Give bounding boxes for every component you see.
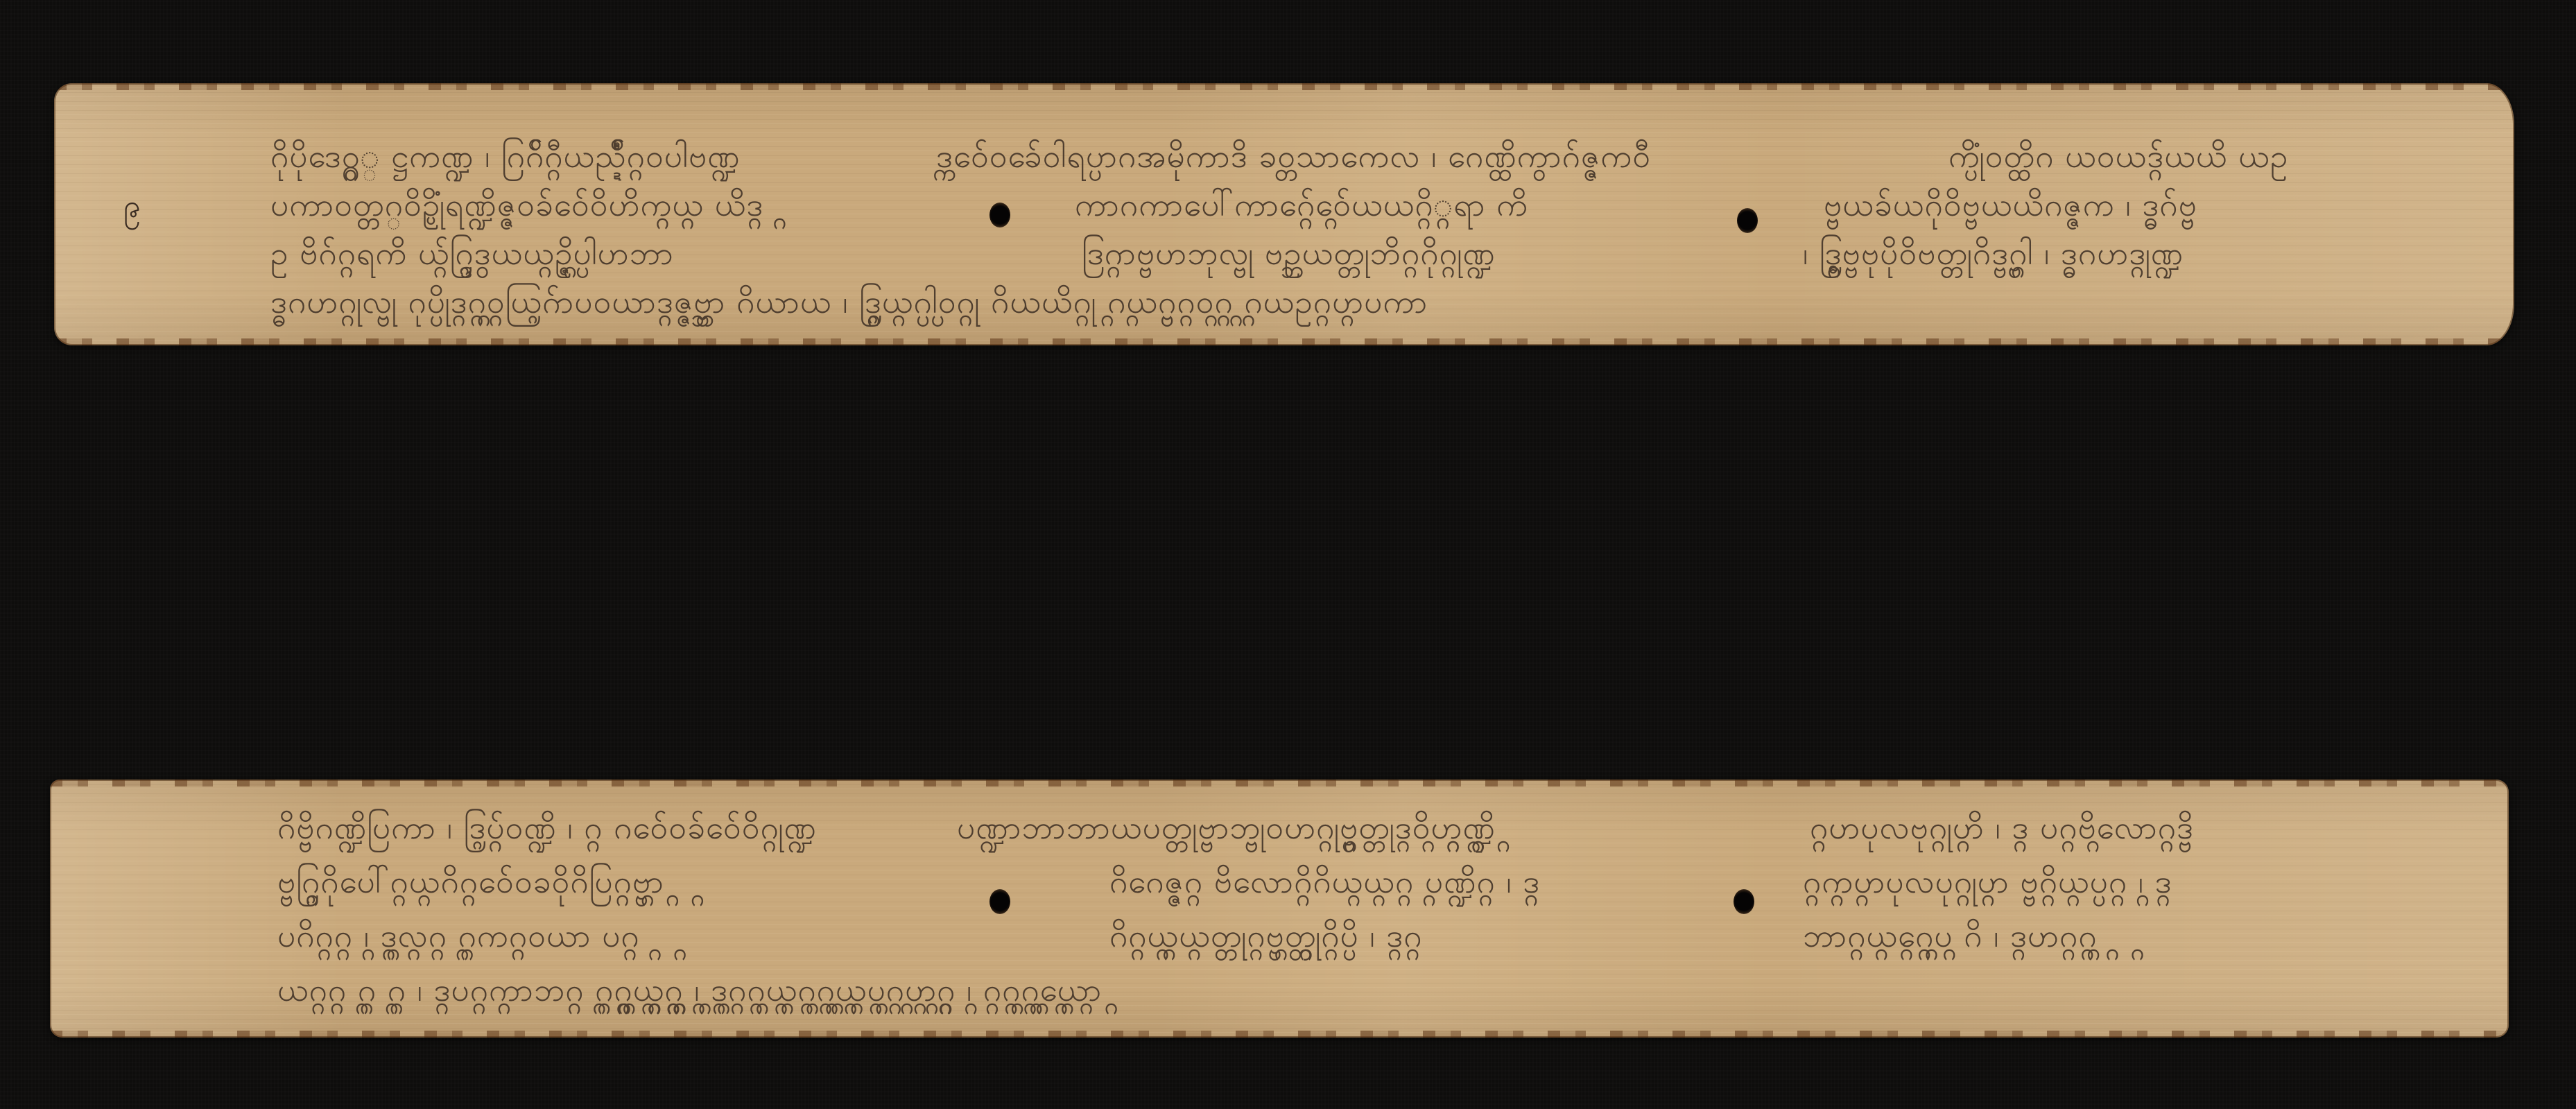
text-line-2-seg-2: ကာဂကာပေါ်ကာဂ္ဂ္ဂ်ေဝ်ေယယဂ္ဂိ္ဂရာ ကိ bbox=[1075, 189, 1528, 221]
text-line-4: ဒ္ဓဂဟဂ္ဂုလ္ဗု ဂုပ္ပိုဒ္ဂ္ဂဂ္ဂဝ္ဂယ္ဂြဂ်ာပ… bbox=[270, 286, 1428, 318]
text-line-1-seg-3: ဂ္ဂဟပုလဗုဂ္ဂ္ဂုဟိ ၊ ဒ္ဂ ပဂ္ဂ္ဂဗိလောဂ္ဂဒ္… bbox=[1810, 811, 2194, 843]
leaf-edge-top bbox=[50, 780, 2509, 786]
text-line-1-seg-2: ပဏ္ဍာဘာဘာယပတ္တုဗ္ဗာဘ္ဗုဝဟဂ္ဂ္ဂုဗ္ဗတ္တုဒ္… bbox=[957, 811, 1496, 843]
leaf-edge-bottom bbox=[54, 338, 2514, 345]
text-line-2-seg-3: ဗ္ဗယခ်ယဂိုဝိဗ္ဗယယိဂဇ္ဇက ၊ ဒ္ဓဂ်ဗ္ဗ bbox=[1824, 189, 2197, 221]
text-line-1-seg-3: က္ပိုံဝတ္ထိဂ ယဝယဒ္ဂ်ယယိ ယဥ bbox=[1948, 140, 2288, 172]
text-line-1-seg-1: ဂိဗ္ဗိဂဏ္ဍိပြကာ ၊ ဒ္ဂြပ္ဂ်ဝဏ္ဍိ ၊ ဂ္ဂ ဂဝ… bbox=[277, 811, 817, 843]
string-hole-left bbox=[989, 889, 1010, 914]
text-line-3-seg-1: ပဂိဂ္ဂဂ္ဂ္ဂ္ဂ ၊ ဒ္ဂ္ဂလဂ္ဂ္ဂ ဂ္ဂကဂ္ဂဝယာ ပ… bbox=[277, 920, 640, 952]
text-line-2-seg-1: ဗ္ဗဂ္ဂ္ဂြဂိုပေါ်ဂ္ဂ္ဂယဂိဂ္ဂဝ်ေဝခဝိုဂိပြဂ… bbox=[277, 866, 664, 897]
text-line-3-seg-1: ဥ ဗိဂ်ဂ္ဂရကိ ယ္ဂ်ဂ္ဂ္ဒြဒွယယ္ဂ္ဂဉ္ဇိပ္ပါဟ… bbox=[270, 237, 674, 269]
palm-leaf-folio-top: ၉ ဂိုပိုဒေ႙ွ္ ဋ္ဌကဏ္ဍ ၊ ဂြဂ်ိဂ္ဂီယည္ဍ်ဳံ… bbox=[54, 83, 2514, 345]
string-hole-left bbox=[989, 203, 1010, 227]
text-line-3-seg-2: ဒြဂ္ဂာဗ္ဗဟဘုလ္ဗု ဗဉ္ဘယတ္တုဘိဂ္ဂဂိုဂ္ဂုဏ္… bbox=[1082, 237, 1496, 269]
text-line-2-seg-1: ပကာဝတ္တဂ္ဝိဉ္ပိုံရဏ္ဍိဇ္ဇဝခ်ဝ်ေဝိဟိက္ဂ္ဂ… bbox=[270, 189, 763, 221]
string-hole-right bbox=[1734, 889, 1754, 914]
leaf-edge-top bbox=[54, 83, 2514, 90]
text-line-2-seg-2: ဂိဂေဇ္ဇဂ္ဂ ဗိလောဂ္ဂိဂိယ္ဂ္ဂယဂ္ဂ္ဂ ပဏ္ဍိဂ… bbox=[1109, 866, 1540, 897]
text-line-2-seg-3: ဂ္ဂ္ဂ္ဂကဟပုလပုဂ္ဂ္ဂုဟ ဗ္ဗဂ္ဂ္ဂိယပ္ပဂ္ဂ္ဂ… bbox=[1803, 866, 2172, 897]
text-line-4: ယဂ္ဂဂ္ဂ္ဂ ဂ္ဂ္ဂ ဂ္ဂ ၊ ဒ္ဂပဂ္ဂ္ဂကာဘဂ္ဂ္ဂ္… bbox=[277, 974, 1102, 1006]
palm-leaf-folio-bottom: ဂိဗ္ဗိဂဏ္ဍိပြကာ ၊ ဒ္ဂြပ္ဂ်ဝဏ္ဍိ ၊ ဂ္ဂ ဂဝ… bbox=[50, 780, 2509, 1038]
leaf-edge-bottom bbox=[50, 1031, 2509, 1038]
string-hole-right bbox=[1737, 208, 1758, 233]
text-line-3-seg-2: ဂိဂ္ဂ္ဂယ္ဂ္ဂယတ္တုဂ္ဂ္ဂ္ဂ္ဂဗ္ဗတ္တုဂိပ္ပိ … bbox=[1109, 920, 1423, 952]
text-line-1-seg-2: ဒ္ကဝ်ေဝခ်ေဝါရပ္ပာဂအမိုကာဒိ ခဝ္တသာကေလ ၊ ဂ… bbox=[936, 140, 1651, 172]
leaf-number-mark: ၉ bbox=[123, 187, 141, 232]
text-line-3-seg-3: ဘာဂ္ဂ္ဂ္ဂ္ဂယဂ္ဂ္ဂေပ ဂိ ၊ ဒ္ဂဟဂ္ဂ္ဂဂ္ဂ္ဂ္… bbox=[1803, 920, 2098, 952]
text-line-3-seg-3: ၊ ဒ္ဓ္ဂြဗ္ဗဗုပိုဝိဗတ္တုဂိဒ္ဗ္ဗဂ္ဂါ ၊ ဒ္ဓ… bbox=[1803, 237, 2184, 269]
text-line-1-seg-1: ဂိုပိုဒေ႙ွ္ ဋ္ဌကဏ္ဍ ၊ ဂြဂ်ိဂ္ဂီယည္ဍ်ဳံဂ္… bbox=[270, 140, 741, 172]
